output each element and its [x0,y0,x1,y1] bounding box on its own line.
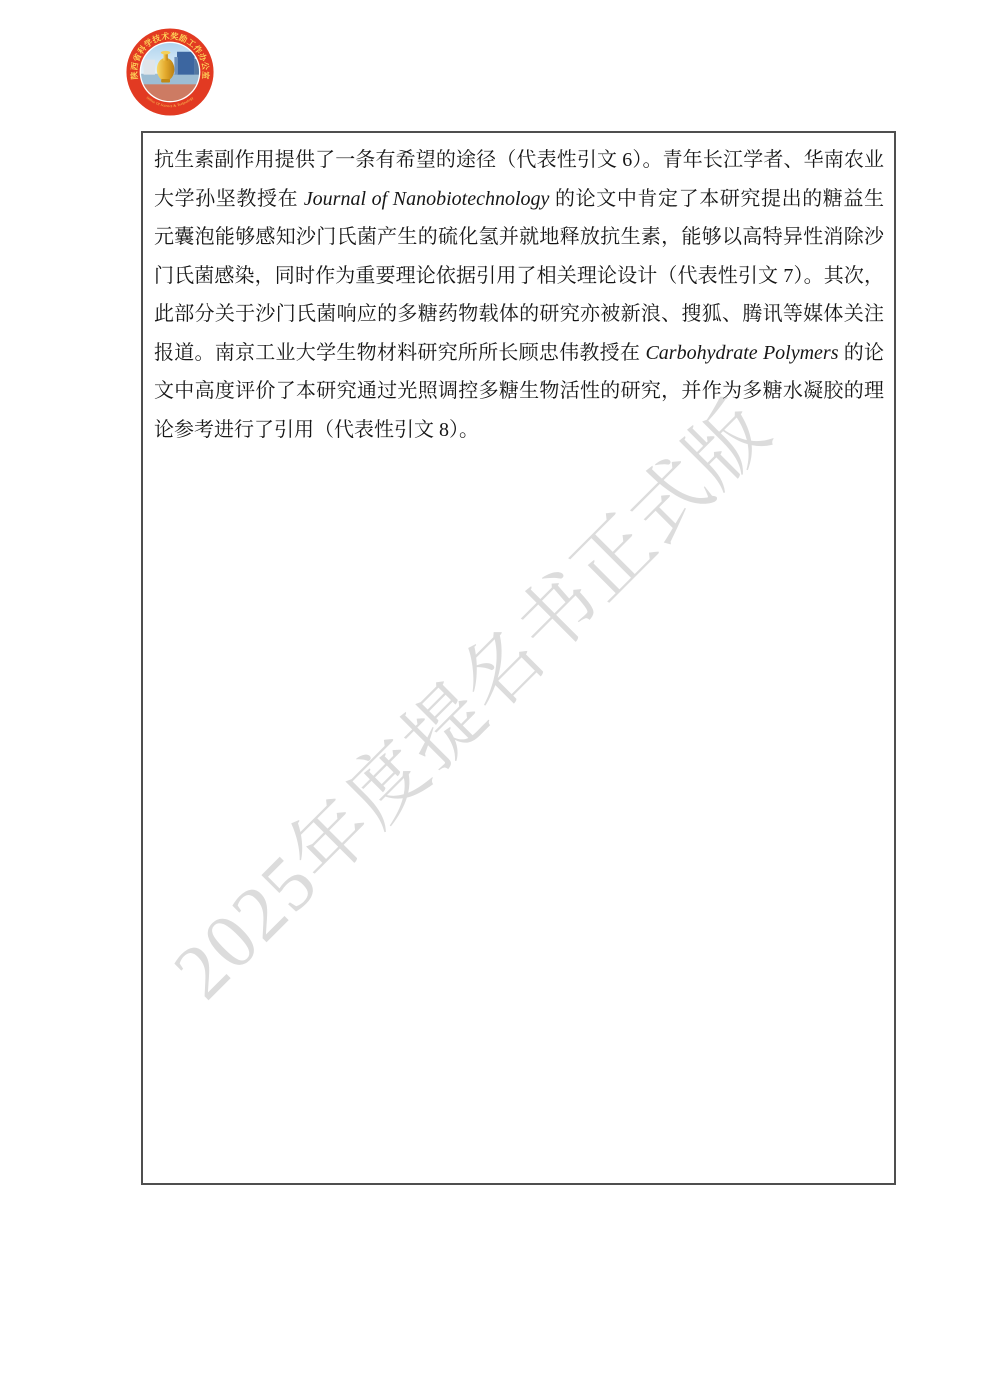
journal-name-italic: Carbohydrate Polymers [645,342,838,364]
text-run: 的论文中肯定了本研究提出的糖益生元囊泡能够感知沙门氏菌产生的硫化氢并就地释放抗生… [154,188,884,364]
journal-name-italic: Journal of Nanobiotechnology [304,188,550,210]
content-box: 抗生素副作用提供了一条有希望的途径（代表性引文 6）。青年长江学者、华南农业大学… [141,131,896,1185]
award-office-seal: 陕西省科学技术奖励工作办公室 Office Of Science & Techn… [126,28,214,116]
body-paragraph: 抗生素副作用提供了一条有希望的途径（代表性引文 6）。青年长江学者、华南农业大学… [143,133,894,449]
